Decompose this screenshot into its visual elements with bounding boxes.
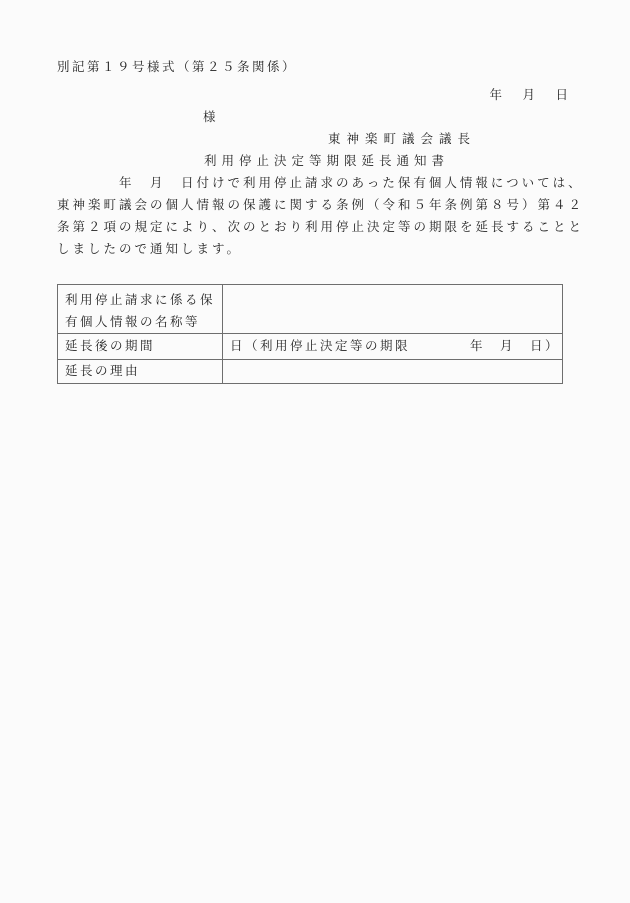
table-row-extension-reason: 延長の理由 xyxy=(58,360,563,384)
row-label-cell: 延長の理由 xyxy=(58,360,223,384)
body-paragraph-line-2: 東神楽町議会の個人情報の保護に関する条例（令和５年条例第８号）第４２ xyxy=(57,194,572,216)
table-row-held-info-name: 利用停止請求に係る保有個人情報の名称等 xyxy=(58,285,563,334)
body-paragraph-line-4: しましたので通知します。 xyxy=(57,238,572,260)
row-value-cell: 日（利用停止決定等の期限 年 月 日） xyxy=(223,334,563,360)
body-paragraph-line-3: 条第２項の規定により、次のとおり利用停止決定等の期限を延長することと xyxy=(57,216,572,238)
sender-title: 東神楽町議会議長 xyxy=(57,128,572,150)
row-label-cell: 延長後の期間 xyxy=(58,334,223,360)
document-title: 利用停止決定等期限延長通知書 xyxy=(57,150,572,172)
body-paragraph-line-1: 年 月 日付けで利用停止請求のあった保有個人情報については、 xyxy=(57,172,572,194)
row-value-cell xyxy=(223,360,563,384)
addressee-suffix: 様 xyxy=(57,106,572,128)
row-label-cell: 利用停止請求に係る保有個人情報の名称等 xyxy=(58,285,223,334)
body-paragraph: 年 月 日付けで利用停止請求のあった保有個人情報については、 東神楽町議会の個人… xyxy=(57,172,572,260)
date-line: 年 月 日 xyxy=(57,84,572,106)
form-number: 別記第１９号様式（第２５条関係） xyxy=(57,56,572,78)
notice-table: 利用停止請求に係る保有個人情報の名称等 延長後の期間 日（利用停止決定等の期限 … xyxy=(57,284,563,384)
document-page: 別記第１９号様式（第２５条関係） 年 月 日 様 東神楽町議会議長 利用停止決定… xyxy=(0,0,630,903)
table-row-extended-period: 延長後の期間 日（利用停止決定等の期限 年 月 日） xyxy=(58,334,563,360)
row-value-cell xyxy=(223,285,563,334)
